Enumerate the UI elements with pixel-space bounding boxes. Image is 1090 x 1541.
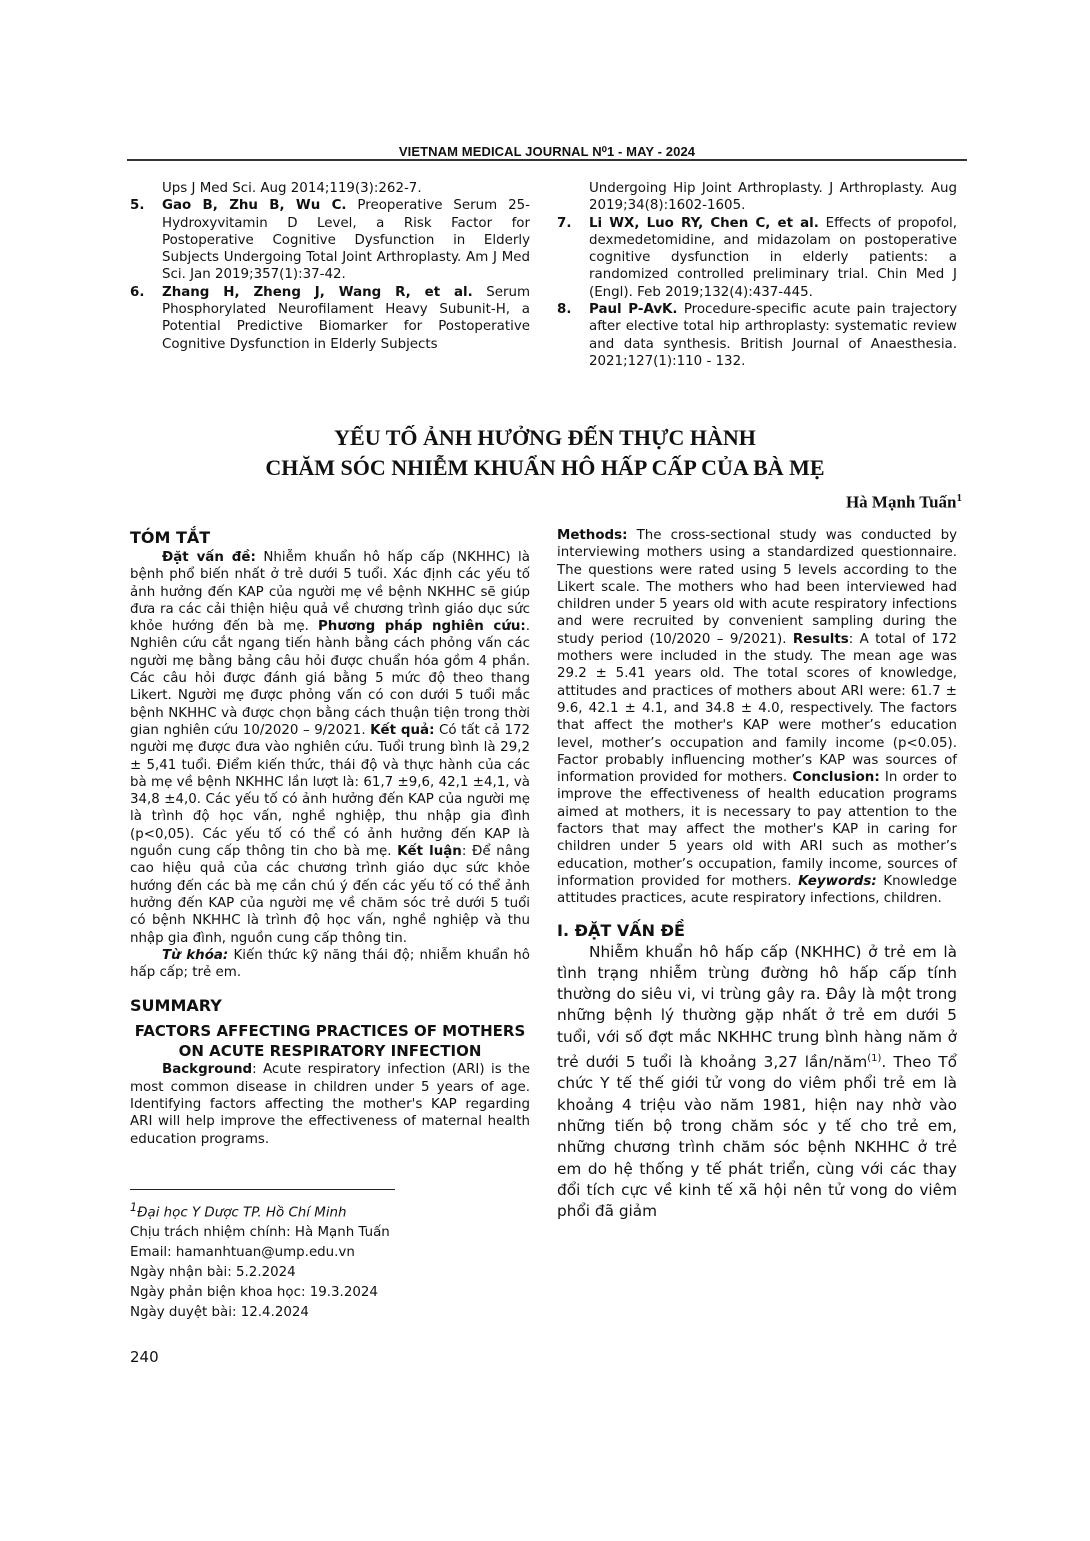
keywords-vietnamese: Từ khóa: Kiến thức kỹ năng thái độ; nhiễ…: [130, 947, 530, 982]
reference-number: 5.: [130, 197, 162, 283]
reference-authors: Li WX, Luo RY, Chen C, et al.: [589, 216, 819, 231]
footnote-corresponding: Chịu trách nhiệm chính: Hà Mạnh Tuấn: [130, 1223, 390, 1243]
reference-authors: Zhang H, Zheng J, Wang R, et al.: [162, 285, 473, 300]
reference-number: 8.: [557, 301, 589, 370]
introduction-paragraph: Nhiễm khuẩn hô hấp cấp (NKHHC) ở trẻ em …: [557, 942, 957, 1223]
reference-number: 6.: [130, 284, 162, 353]
reference-item: 6. Zhang H, Zheng J, Wang R, et al. Seru…: [130, 284, 530, 353]
reference-authors: Paul P-AvK.: [589, 302, 678, 317]
summary-continuation: Methods: The cross-sectional study was c…: [557, 527, 957, 908]
reference-item: 5. Gao B, Zhu B, Wu C. Preoperative Seru…: [130, 197, 530, 283]
reference-authors: Gao B, Zhu B, Wu C.: [162, 198, 347, 213]
footnote-received: Ngày nhận bài: 5.2.2024: [130, 1263, 390, 1283]
footnote-rule: [130, 1189, 395, 1190]
section-heading-introduction: I. ĐẶT VẤN ĐỀ: [557, 920, 957, 942]
journal-header: VIETNAM MEDICAL JOURNAL N⁰1 - MAY - 2024: [127, 144, 967, 160]
reference-item: 7. Li WX, Luo RY, Chen C, et al. Effects…: [557, 215, 957, 301]
reference-continuation: Ups J Med Sci. Aug 2014;119(3):262-7.: [130, 180, 530, 197]
abstract-paragraph: Đặt vấn đề: Nhiễm khuẩn hô hấp cấp (NKHH…: [130, 549, 530, 947]
summary-title: FACTORS AFFECTING PRACTICES OF MOTHERS O…: [130, 1021, 530, 1061]
summary-paragraph: Background: Acute respiratory infection …: [130, 1061, 530, 1147]
footnote-email: Email: hamanhtuan@ump.edu.vn: [130, 1243, 390, 1263]
footnote-reviewed: Ngày phản biện khoa học: 19.3.2024: [130, 1283, 390, 1303]
footnote-accepted: Ngày duyệt bài: 12.4.2024: [130, 1303, 390, 1323]
article-author: Hà Mạnh Tuấn1: [846, 492, 962, 513]
section-heading-tom-tat: TÓM TẮT: [130, 527, 530, 549]
abstract-english-continuation: Methods: The cross-sectional study was c…: [557, 527, 957, 1222]
footnotes: 1Đại học Y Dược TP. Hồ Chí Minh Chịu trá…: [130, 1198, 390, 1323]
footnote-affiliation: 1Đại học Y Dược TP. Hồ Chí Minh: [130, 1198, 390, 1223]
references-right: Undergoing Hip Joint Arthroplasty. J Art…: [557, 180, 957, 370]
abstract-vietnamese: TÓM TẮT Đặt vấn đề: Nhiễm khuẩn hô hấp c…: [130, 527, 530, 1148]
reference-item: 8. Paul P-AvK. Procedure-specific acute …: [557, 301, 957, 370]
references-left: Ups J Med Sci. Aug 2014;119(3):262-7. 5.…: [130, 180, 530, 353]
header-rule: [127, 159, 967, 161]
page-number: 240: [130, 1348, 159, 1366]
article-title: YẾU TỐ ẢNH HƯỞNG ĐẾN THỰC HÀNH CHĂM SÓC …: [130, 423, 960, 483]
reference-number: 7.: [557, 215, 589, 301]
section-heading-summary: SUMMARY: [130, 995, 530, 1017]
reference-continuation: Undergoing Hip Joint Arthroplasty. J Art…: [557, 180, 957, 215]
